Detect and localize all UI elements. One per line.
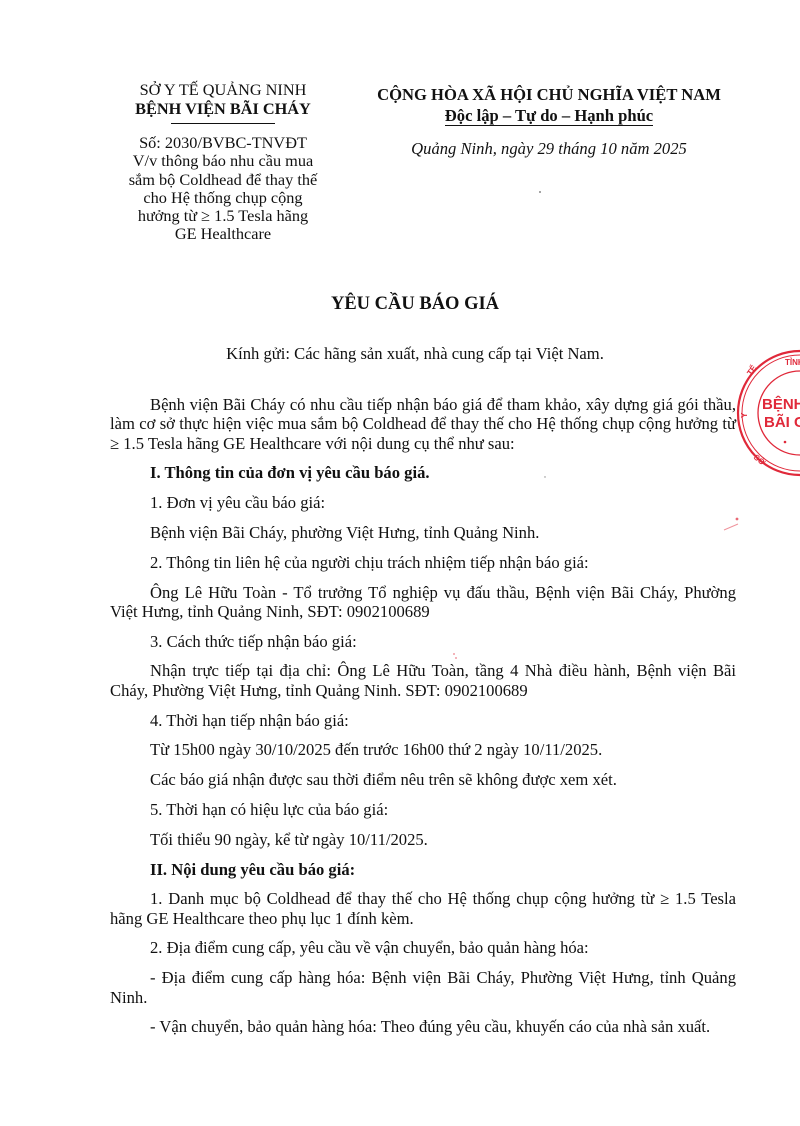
item-3-label: 3. Cách thức tiếp nhận báo giá: <box>110 632 736 651</box>
item-4-value: Từ 15h00 ngày 30/10/2025 đến trước 16h00… <box>110 740 736 759</box>
issuing-agency-block: SỞ Y TẾ QUẢNG NINH BỆNH VIỆN BÃI CHÁY Số… <box>120 80 326 244</box>
item-1-label: 1. Đơn vị yêu cầu báo giá: <box>110 493 736 512</box>
stamp-line-2: BÃI C <box>764 413 800 431</box>
item-4-label: 4. Thời hạn tiếp nhận báo giá: <box>110 711 736 730</box>
header-divider <box>171 123 275 124</box>
section-2-item-1: 1. Danh mục bộ Coldhead để thay thế cho … <box>110 889 736 928</box>
hospital-name: BỆNH VIỆN BÃI CHÁY <box>120 99 326 118</box>
document-title: YÊU CẦU BÁO GIÁ <box>0 294 800 315</box>
section-2-item-2b: - Vận chuyển, bảo quản hàng hóa: Theo đú… <box>110 1017 736 1036</box>
document-number: Số: 2030/BVBC-TNVĐT <box>120 133 326 152</box>
stamp-top-text: TỈNH <box>785 358 800 367</box>
subject-line: hưởng từ ≥ 1.5 Tesla hãng <box>120 207 326 225</box>
place-and-date: Quảng Ninh, ngày 29 tháng 10 năm 2025 <box>344 138 754 159</box>
item-3-value: Nhận trực tiếp tại địa chỉ: Ông Lê Hữu T… <box>110 661 736 700</box>
national-header-block: CỘNG HÒA XÃ HỘI CHỦ NGHĨA VIỆT NAM Độc l… <box>344 84 754 159</box>
subject-line: V/v thông báo nhu cầu mua <box>120 152 326 170</box>
document-body: Bệnh viện Bãi Cháy có nhu cầu tiếp nhận … <box>110 395 736 1037</box>
item-4-note: Các báo giá nhận được sau thời điểm nêu … <box>110 770 736 789</box>
subject-line: sắm bộ Coldhead để thay thế <box>120 171 326 189</box>
item-2-label: 2. Thông tin liên hệ của người chịu trác… <box>110 553 736 572</box>
section-heading-2: II. Nội dung yêu cầu báo giá: <box>110 860 736 879</box>
svg-text:Y: Y <box>740 412 749 418</box>
item-2-value: Ông Lê Hữu Toàn - Tổ trưởng Tổ nghiệp vụ… <box>110 583 736 622</box>
item-5-label: 5. Thời hạn có hiệu lực của báo giá: <box>110 800 736 819</box>
section-2-item-2a: - Địa điểm cung cấp hàng hóa: Bệnh viện … <box>110 968 736 1007</box>
section-heading-1: I. Thông tin của đơn vị yêu cầu báo giá. <box>110 463 736 482</box>
department-name: SỞ Y TẾ QUẢNG NINH <box>120 80 326 99</box>
item-1-value: Bệnh viện Bãi Cháy, phường Việt Hưng, tỉ… <box>110 523 736 542</box>
intro-paragraph: Bệnh viện Bãi Cháy có nhu cầu tiếp nhận … <box>110 395 736 453</box>
recipient-line: Kính gửi: Các hãng sản xuất, nhà cung cấ… <box>0 344 800 364</box>
subject-line: cho Hệ thống chụp cộng <box>120 189 326 207</box>
national-motto: Độc lập – Tự do – Hạnh phúc <box>445 106 653 126</box>
item-5-value: Tối thiểu 90 ngày, kể từ ngày 10/11/2025… <box>110 830 736 849</box>
section-2-item-2: 2. Địa điểm cung cấp, yêu cầu về vận chu… <box>110 938 736 957</box>
subject-line: GE Healthcare <box>120 225 326 243</box>
official-seal-icon: TỈNH TẾ Y SỞ BỆNH BÃI C <box>735 348 800 478</box>
document-subject: V/v thông báo nhu cầu mua sắm bộ Coldhea… <box>120 152 326 243</box>
stamp-line-1: BỆNH <box>762 395 800 413</box>
nation-name: CỘNG HÒA XÃ HỘI CHỦ NGHĨA VIỆT NAM <box>344 84 754 105</box>
